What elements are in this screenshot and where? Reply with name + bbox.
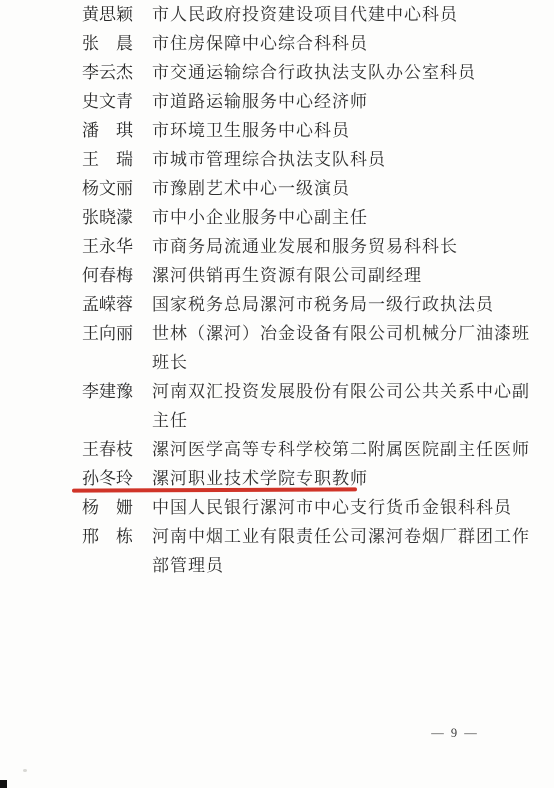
list-item: 王 瑞市城市管理综合执法支队科员 <box>0 145 554 174</box>
person-title-line: 世林（漯河）冶金设备有限公司机械分厂油漆班 <box>152 319 502 348</box>
person-title-line: 市住房保障中心综合科科员 <box>152 29 502 58</box>
person-name: 张 晨 <box>82 29 136 58</box>
person-title-line: 河南双汇投资发展股份有限公司公共关系中心副 <box>152 377 502 406</box>
person-name: 史文青 <box>82 87 136 116</box>
person-title: 市商务局流通业发展和服务贸易科科长 <box>152 232 502 261</box>
list-item: 杨 姗中国人民银行漯河市中心支行货币金银科科员 <box>0 493 554 522</box>
person-name: 孟嵘蓉 <box>82 290 136 319</box>
person-title-line: 市交通运输综合行政执法支队办公室科员 <box>152 58 502 87</box>
person-title-line: 市环境卫生服务中心科员 <box>152 116 502 145</box>
person-name: 王春枝 <box>82 435 136 464</box>
person-title: 河南双汇投资发展股份有限公司公共关系中心副主任 <box>152 377 502 435</box>
person-name: 邢 栋 <box>82 522 136 551</box>
person-name: 王 瑞 <box>82 145 136 174</box>
person-title: 漯河供销再生资源有限公司副经理 <box>152 261 502 290</box>
person-title: 国家税务总局漯河市税务局一级行政执法员 <box>152 290 502 319</box>
person-title-line: 部管理员 <box>152 551 502 580</box>
list-item: 李云杰市交通运输综合行政执法支队办公室科员 <box>0 58 554 87</box>
person-title-line: 市人民政府投资建设项目代建中心科员 <box>152 0 502 29</box>
person-title: 市住房保障中心综合科科员 <box>152 29 502 58</box>
person-name: 黄思颖 <box>82 0 136 29</box>
person-name: 王永华 <box>82 232 136 261</box>
person-title: 市人民政府投资建设项目代建中心科员 <box>152 0 502 29</box>
person-title-line: 市中小企业服务中心副主任 <box>152 203 502 232</box>
person-title-line: 班长 <box>152 348 502 377</box>
person-title-line: 河南中烟工业有限责任公司漯河卷烟厂群团工作 <box>152 522 502 551</box>
page-number: — 9 — <box>420 726 490 741</box>
list-item: 李建豫河南双汇投资发展股份有限公司公共关系中心副主任 <box>0 377 554 435</box>
list-item: 黄思颖市人民政府投资建设项目代建中心科员 <box>0 0 554 29</box>
person-title-line: 市城市管理综合执法支队科员 <box>152 145 502 174</box>
person-name: 张晓濛 <box>82 203 136 232</box>
list-item: 邢 栋河南中烟工业有限责任公司漯河卷烟厂群团工作部管理员 <box>0 522 554 580</box>
list-item: 王春枝漯河医学高等专科学校第二附属医院副主任医师 <box>0 435 554 464</box>
person-title: 市道路运输服务中心经济师 <box>152 87 502 116</box>
person-title-line: 市道路运输服务中心经济师 <box>152 87 502 116</box>
person-name: 李云杰 <box>82 58 136 87</box>
person-title: 市环境卫生服务中心科员 <box>152 116 502 145</box>
scan-speck-artifact <box>23 769 27 772</box>
list-item: 史文青市道路运输服务中心经济师 <box>0 87 554 116</box>
person-title: 市中小企业服务中心副主任 <box>152 203 502 232</box>
list-item: 何春梅漯河供销再生资源有限公司副经理 <box>0 261 554 290</box>
person-title-line: 国家税务总局漯河市税务局一级行政执法员 <box>152 290 502 319</box>
personnel-roster-list: 黄思颖市人民政府投资建设项目代建中心科员张 晨市住房保障中心综合科科员李云杰市交… <box>0 0 554 580</box>
list-item: 孙冬玲漯河职业技术学院专职教师 <box>0 464 554 493</box>
list-item: 王向丽世林（漯河）冶金设备有限公司机械分厂油漆班班长 <box>0 319 554 377</box>
list-item: 张 晨市住房保障中心综合科科员 <box>0 29 554 58</box>
person-title-line: 市豫剧艺术中心一级演员 <box>152 174 502 203</box>
scan-corner-artifact <box>0 780 7 788</box>
person-title: 市交通运输综合行政执法支队办公室科员 <box>152 58 502 87</box>
scanned-document-page: 黄思颖市人民政府投资建设项目代建中心科员张 晨市住房保障中心综合科科员李云杰市交… <box>0 0 554 788</box>
person-name: 杨文丽 <box>82 174 136 203</box>
person-title-line: 市商务局流通业发展和服务贸易科科长 <box>152 232 502 261</box>
person-title-line: 漯河医学高等专科学校第二附属医院副主任医师 <box>152 435 502 464</box>
person-name: 潘 琪 <box>82 116 136 145</box>
person-title: 世林（漯河）冶金设备有限公司机械分厂油漆班班长 <box>152 319 502 377</box>
person-title: 市城市管理综合执法支队科员 <box>152 145 502 174</box>
list-item: 杨文丽市豫剧艺术中心一级演员 <box>0 174 554 203</box>
person-name: 李建豫 <box>82 377 136 406</box>
person-title-line: 漯河供销再生资源有限公司副经理 <box>152 261 502 290</box>
person-title-line: 主任 <box>152 406 502 435</box>
list-item: 孟嵘蓉国家税务总局漯河市税务局一级行政执法员 <box>0 290 554 319</box>
person-title: 河南中烟工业有限责任公司漯河卷烟厂群团工作部管理员 <box>152 522 502 580</box>
list-item: 张晓濛市中小企业服务中心副主任 <box>0 203 554 232</box>
person-name: 杨 姗 <box>82 493 136 522</box>
person-title: 中国人民银行漯河市中心支行货币金银科科员 <box>152 493 502 522</box>
person-name: 何春梅 <box>82 261 136 290</box>
person-title: 漯河医学高等专科学校第二附属医院副主任医师 <box>152 435 502 464</box>
list-item: 王永华市商务局流通业发展和服务贸易科科长 <box>0 232 554 261</box>
person-name: 王向丽 <box>82 319 136 348</box>
person-title-line: 中国人民银行漯河市中心支行货币金银科科员 <box>152 493 502 522</box>
person-title: 市豫剧艺术中心一级演员 <box>152 174 502 203</box>
list-item: 潘 琪市环境卫生服务中心科员 <box>0 116 554 145</box>
